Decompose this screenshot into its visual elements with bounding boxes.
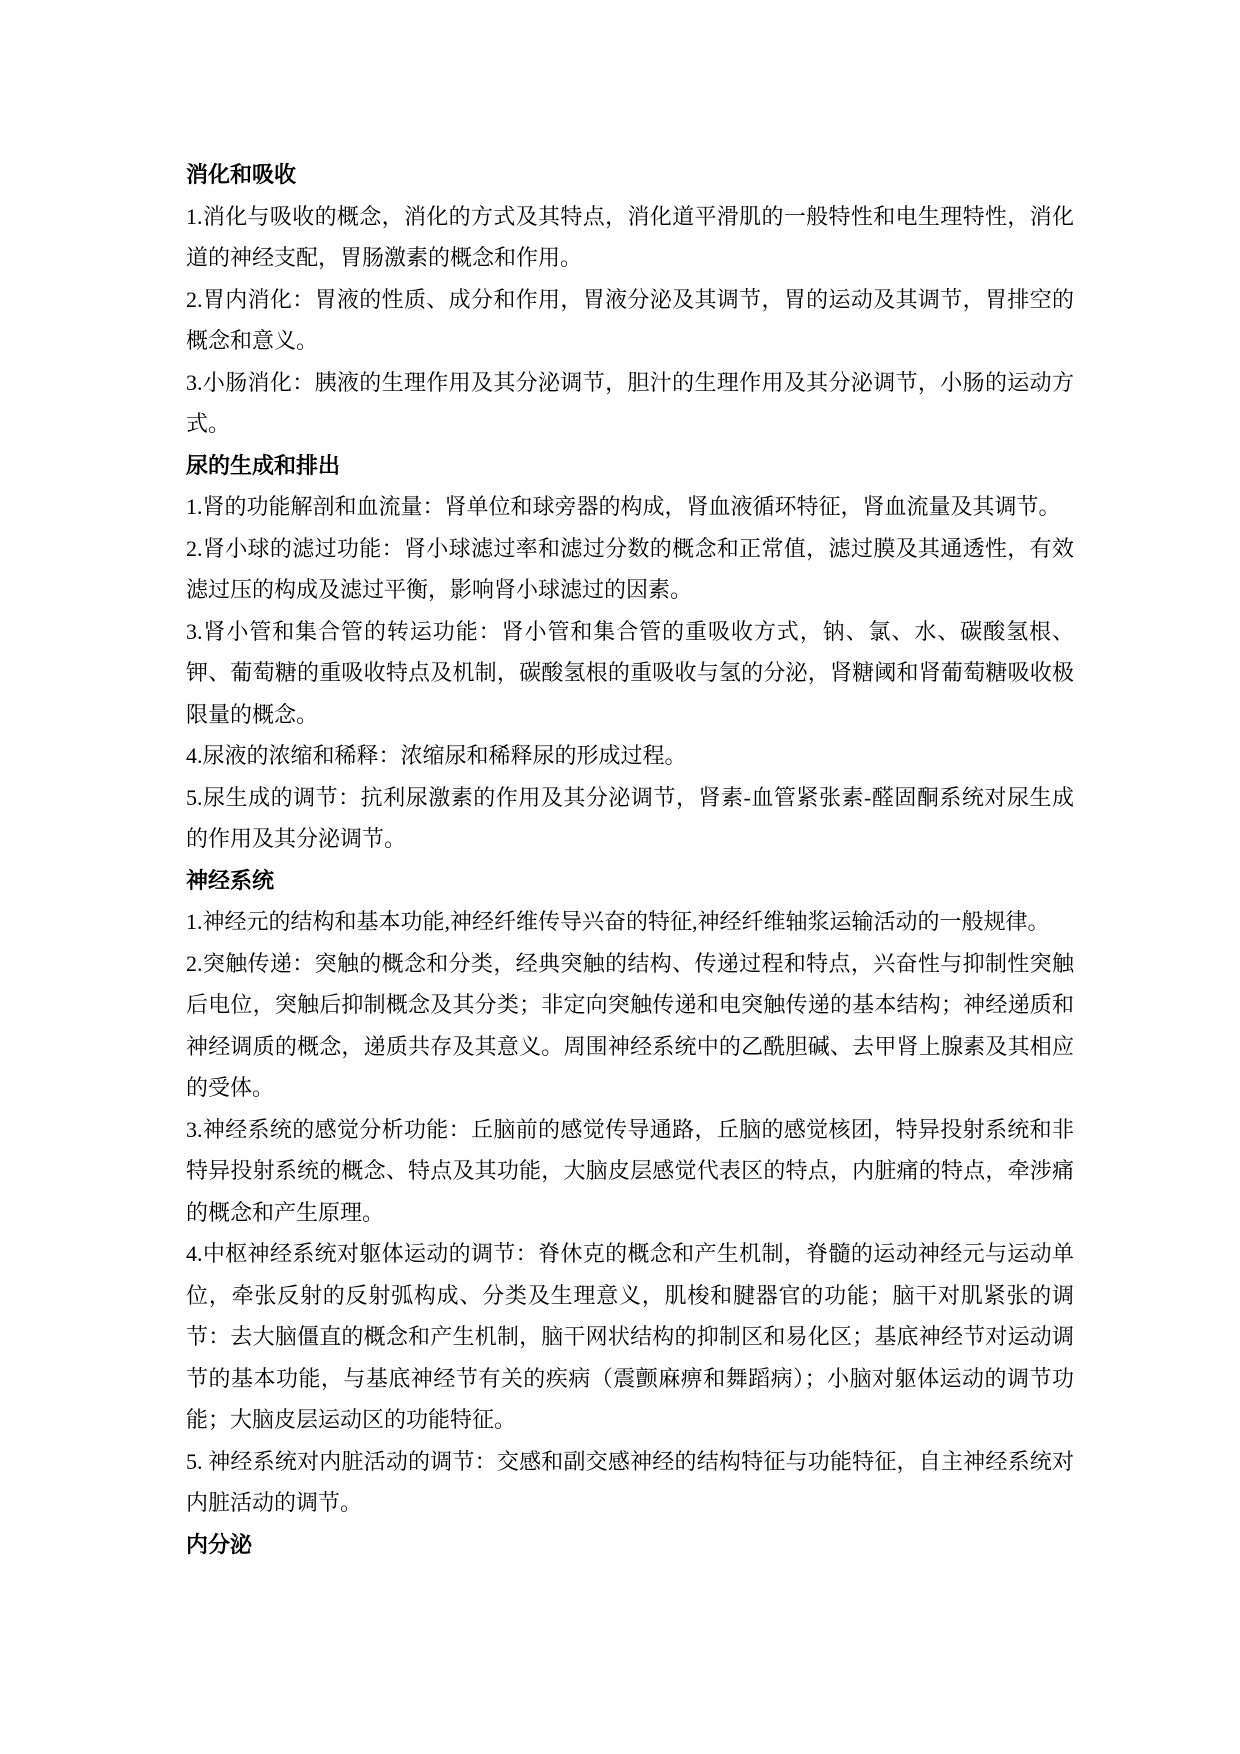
section-heading: 内分泌 [186,1524,1074,1566]
syllabus-item: 5. 神经系统对内脏活动的调节：交感和副交感神经的结构特征与功能特征，自主神经系… [186,1441,1074,1524]
section-endocrine: 内分泌 [186,1524,1074,1566]
syllabus-item: 5.尿生成的调节：抗利尿激素的作用及其分泌调节，肾素-血管紧张素-醛固酮系统对尿… [186,777,1074,860]
section-heading: 消化和吸收 [186,154,1074,196]
syllabus-item: 3.肾小管和集合管的转运功能：肾小管和集合管的重吸收方式，钠、氯、水、碳酸氢根、… [186,611,1074,736]
syllabus-item: 1.肾的功能解剖和血流量：肾单位和球旁器的构成，肾血液循环特征，肾血流量及其调节… [186,486,1074,528]
section-heading: 尿的生成和排出 [186,445,1074,487]
syllabus-item: 2.肾小球的滤过功能：肾小球滤过率和滤过分数的概念和正常值，滤过膜及其通透性，有… [186,528,1074,611]
syllabus-item: 1.消化与吸收的概念，消化的方式及其特点，消化道平滑肌的一般特性和电生理特性，消… [186,196,1074,279]
syllabus-item: 4.中枢神经系统对躯体运动的调节：脊休克的概念和产生机制，脊髓的运动神经元与运动… [186,1233,1074,1441]
section-digestion-absorption: 消化和吸收 1.消化与吸收的概念，消化的方式及其特点，消化道平滑肌的一般特性和电… [186,154,1074,445]
syllabus-item: 4.尿液的浓缩和稀释：浓缩尿和稀释尿的形成过程。 [186,735,1074,777]
syllabus-item: 3.小肠消化：胰液的生理作用及其分泌调节，胆汁的生理作用及其分泌调节，小肠的运动… [186,362,1074,445]
section-heading: 神经系统 [186,860,1074,902]
syllabus-item: 2.突触传递：突触的概念和分类，经典突触的结构、传递过程和特点，兴奋性与抑制性突… [186,943,1074,1109]
section-urine-formation-excretion: 尿的生成和排出 1.肾的功能解剖和血流量：肾单位和球旁器的构成，肾血液循环特征，… [186,445,1074,860]
syllabus-item: 1.神经元的结构和基本功能,神经纤维传导兴奋的特征,神经纤维轴浆运输活动的一般规… [186,901,1074,943]
syllabus-item: 3.神经系统的感觉分析功能：丘脑前的感觉传导通路，丘脑的感觉核团，特异投射系统和… [186,1109,1074,1234]
document-page: 消化和吸收 1.消化与吸收的概念，消化的方式及其特点，消化道平滑肌的一般特性和电… [0,0,1240,1754]
section-nervous-system: 神经系统 1.神经元的结构和基本功能,神经纤维传导兴奋的特征,神经纤维轴浆运输活… [186,860,1074,1524]
syllabus-item: 2.胃内消化：胃液的性质、成分和作用，胃液分泌及其调节，胃的运动及其调节，胃排空… [186,279,1074,362]
